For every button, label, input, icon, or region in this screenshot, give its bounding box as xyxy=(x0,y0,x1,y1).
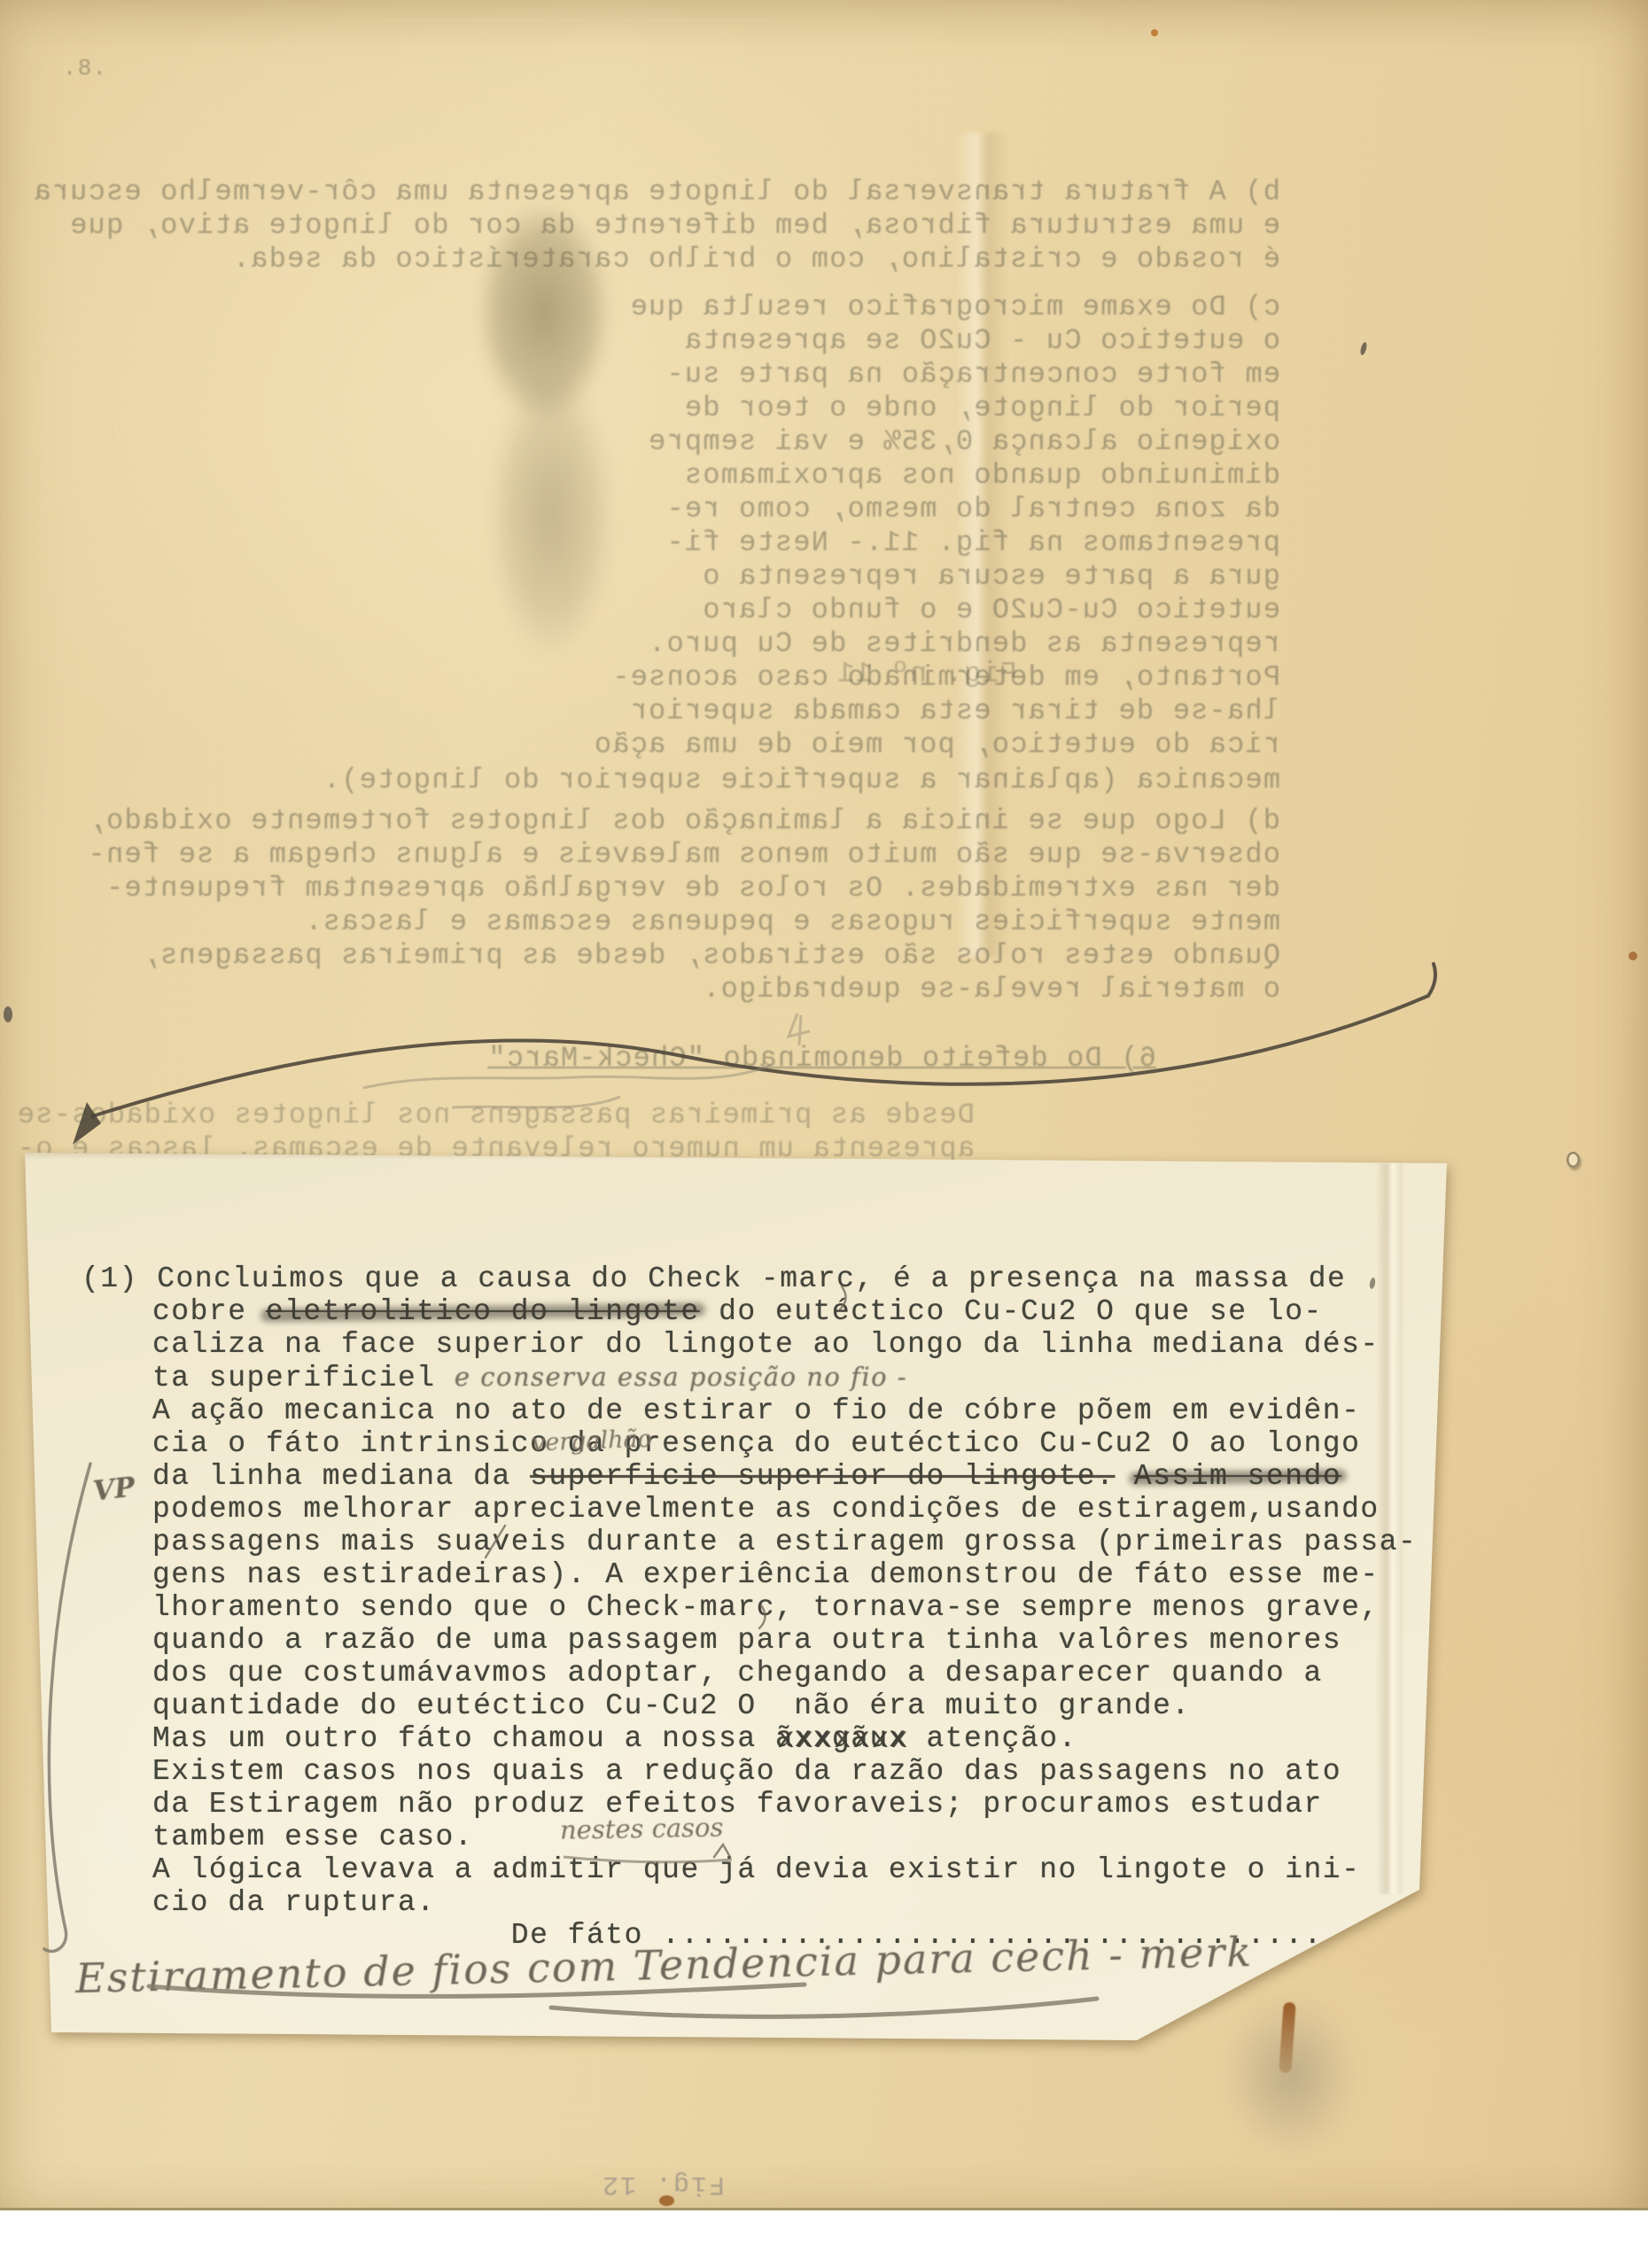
ink-arrowhead xyxy=(73,1102,101,1145)
pencil-corrections xyxy=(486,1286,846,1857)
pencil-underline-nestes xyxy=(564,1857,732,1862)
pencil-bracket xyxy=(44,1464,90,1952)
bleedthrough-handwriting-squiggles xyxy=(363,1014,810,1107)
scanned-document-page: .8. b) A fratura transversal do lingote … xyxy=(0,0,1648,2268)
ink-arrow xyxy=(92,964,1435,1116)
pencil-underline xyxy=(149,1984,1097,2016)
handwritten-strokes-overlay xyxy=(0,0,1648,2268)
